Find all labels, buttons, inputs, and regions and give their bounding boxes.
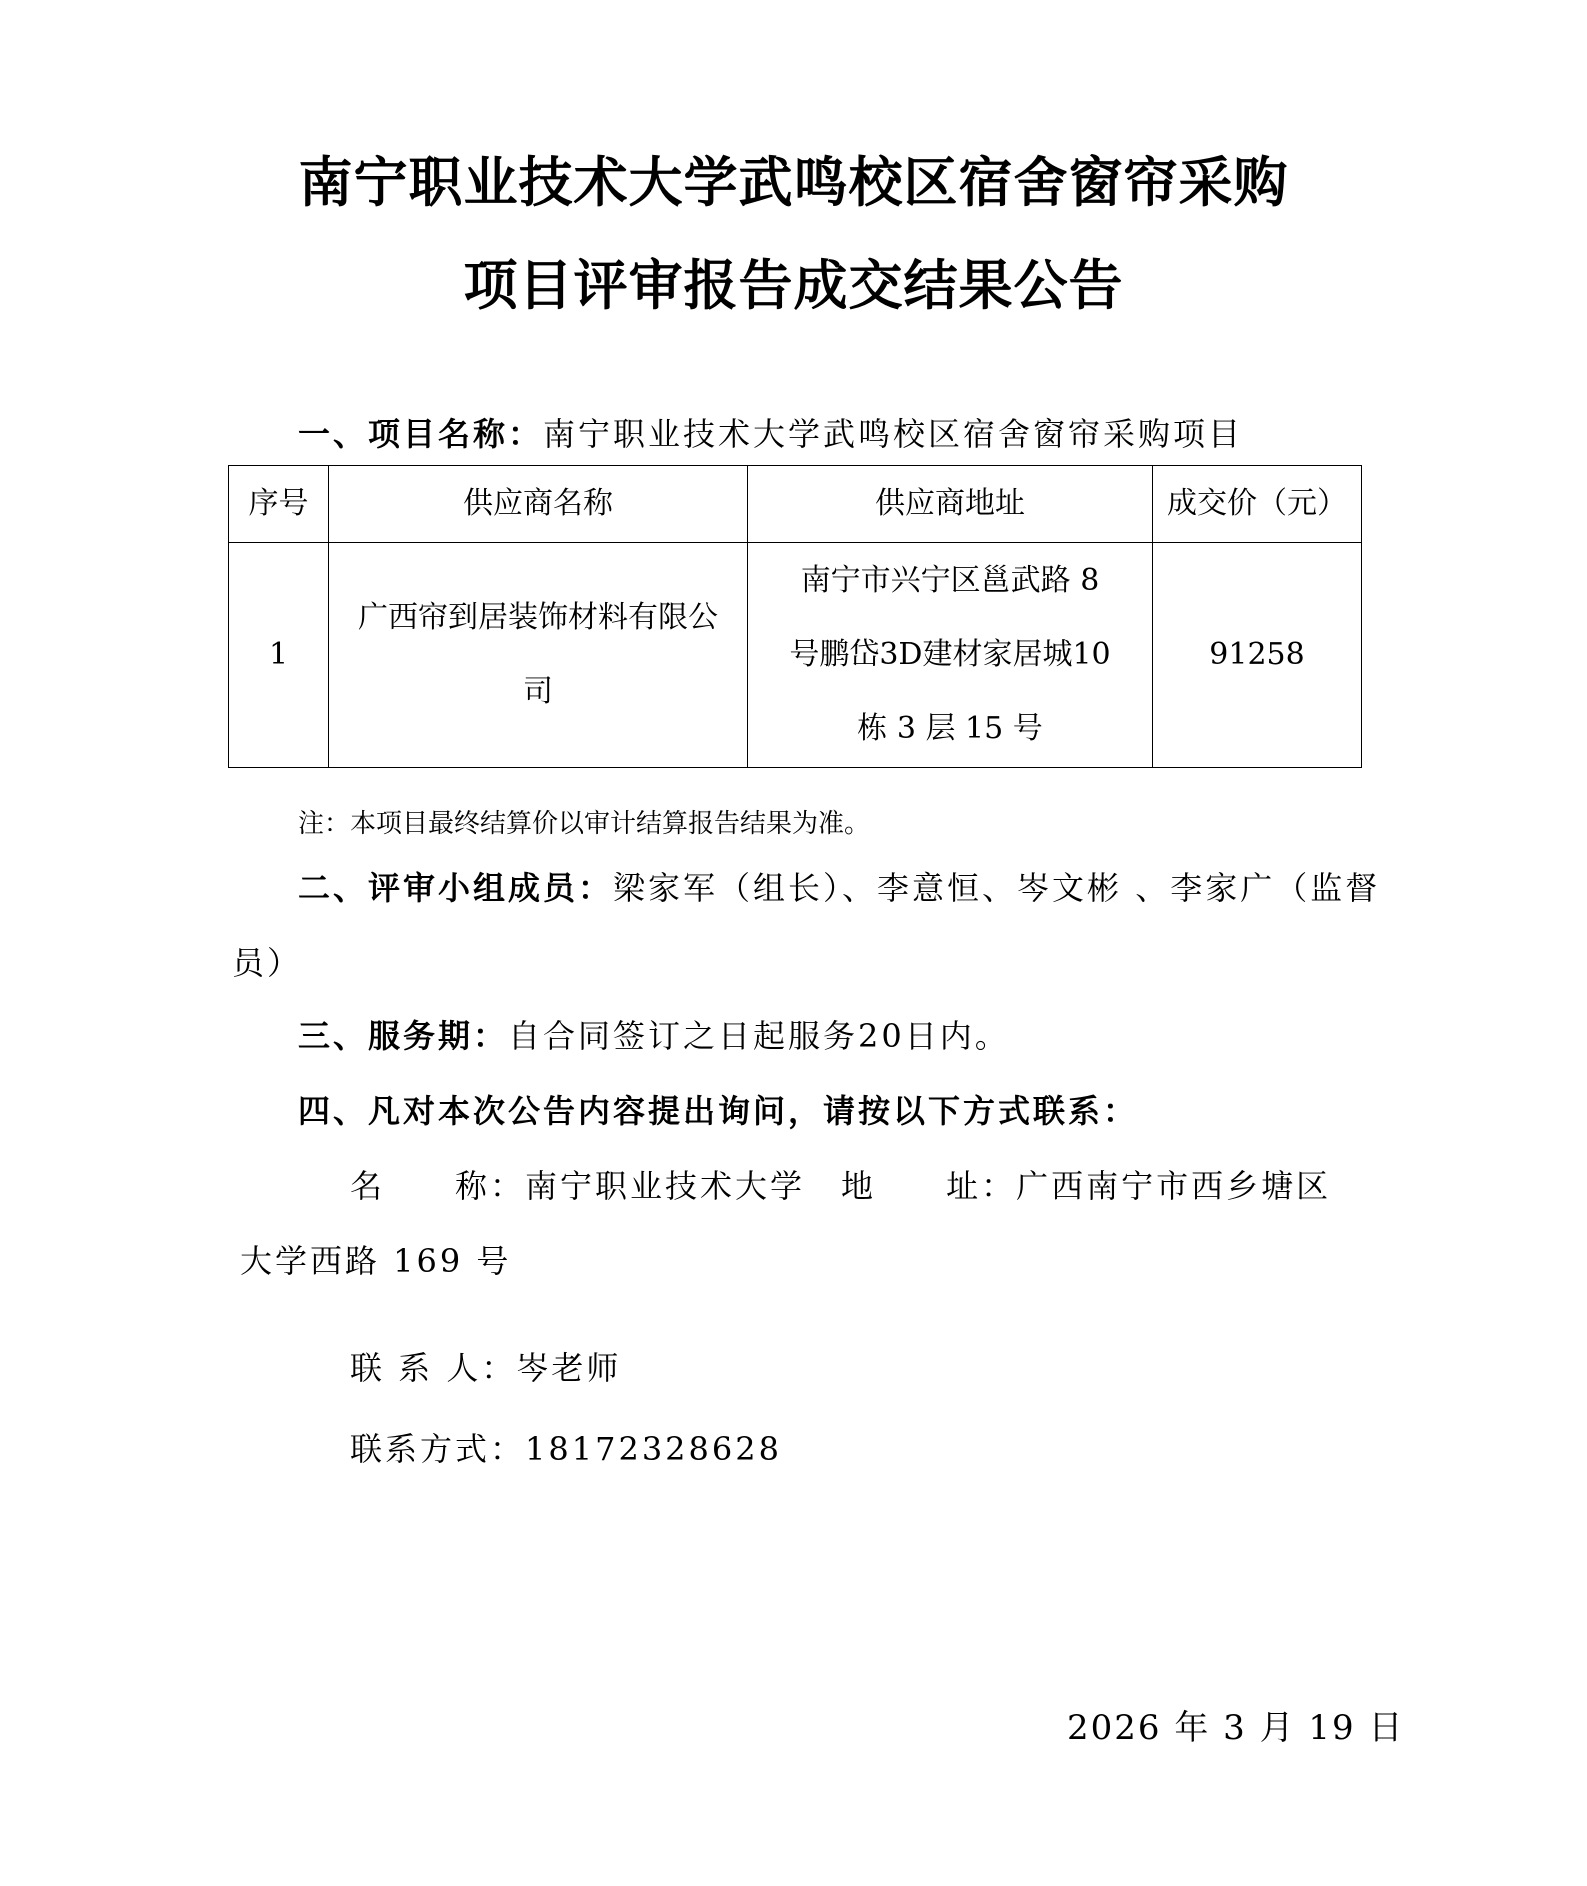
review-panel-members: 梁家军（组长）、李意恒、岑文彬 、李家广（监督 [613, 869, 1380, 907]
name-label-a: 名 [350, 1167, 385, 1205]
address-label-a: 地 [841, 1167, 876, 1205]
supplier-name-line-2: 司 [329, 655, 747, 729]
address-line-1: 南宁市兴宁区邕武路 8 [748, 544, 1152, 618]
address-line-3: 栋 3 层 15 号 [748, 692, 1152, 766]
settlement-note: 注：本项目最终结算价以审计结算报告结果为准。 [298, 803, 870, 840]
table-header-row: 序号 供应商名称 供应商地址 成交价（元） [229, 466, 1362, 543]
result-table: 序号 供应商名称 供应商地址 成交价（元） 1 广西帘到居装饰材料有限公 司 南… [228, 465, 1362, 768]
address-label-b: 址： [946, 1167, 1016, 1205]
name-label-b: 称： [455, 1167, 525, 1205]
section-project-name: 一、项目名称：南宁职业技术大学武鸣校区宿舍窗帘采购项目 [298, 418, 1243, 450]
contact-person-label: 联 系 人： [350, 1349, 516, 1387]
name-value: 南宁职业技术大学 [525, 1167, 805, 1205]
supplier-name-line-1: 广西帘到居装饰材料有限公 [329, 581, 747, 655]
announcement-date: 2026 年 3 月 19 日 [1067, 1700, 1404, 1749]
cell-price: 91258 [1153, 543, 1362, 768]
address-value: 广西南宁市西乡塘区 [1016, 1167, 1331, 1205]
address-line-2: 号鹏岱3D建材家居城10 [748, 618, 1152, 692]
header-price: 成交价（元） [1153, 466, 1362, 543]
contact-name-address: 名称：南宁职业技术大学地址：广西南宁市西乡塘区 [350, 1170, 1331, 1202]
section-1-label: 一、项目名称： [298, 415, 543, 453]
project-name-value: 南宁职业技术大学武鸣校区宿舍窗帘采购项目 [543, 415, 1243, 453]
contact-phone: 联系方式：18172328628 [350, 1433, 782, 1465]
review-panel-members-cont: 员） [232, 947, 302, 979]
contact-phone-value: 18172328628 [525, 1430, 782, 1468]
section-2-label: 二、评审小组成员： [298, 869, 613, 907]
cell-index: 1 [229, 543, 329, 768]
table-row: 1 广西帘到居装饰材料有限公 司 南宁市兴宁区邕武路 8 号鹏岱3D建材家居城1… [229, 543, 1362, 768]
header-supplier-name: 供应商名称 [329, 466, 748, 543]
section-service-period: 三、服务期：自合同签订之日起服务20日内。 [298, 1020, 1010, 1052]
section-review-panel: 二、评审小组成员：梁家军（组长）、李意恒、岑文彬 、李家广（监督 [298, 872, 1380, 904]
address-value-cont: 大学西路 169 号 [240, 1245, 511, 1277]
service-period-value: 自合同签订之日起服务20日内。 [508, 1017, 1010, 1055]
header-supplier-address: 供应商地址 [748, 466, 1153, 543]
title-line-2: 项目评审报告成交结果公告 [0, 258, 1587, 312]
contact-phone-label: 联系方式： [350, 1430, 525, 1468]
cell-supplier-address: 南宁市兴宁区邕武路 8 号鹏岱3D建材家居城10 栋 3 层 15 号 [748, 543, 1153, 768]
section-3-label: 三、服务期： [298, 1017, 508, 1055]
cell-supplier-name: 广西帘到居装饰材料有限公 司 [329, 543, 748, 768]
title-line-1: 南宁职业技术大学武鸣校区宿舍窗帘采购 [0, 155, 1587, 209]
section-contact-heading: 四、凡对本次公告内容提出询问，请按以下方式联系： [298, 1095, 1138, 1127]
contact-person-value: 岑老师 [516, 1349, 621, 1387]
header-index: 序号 [229, 466, 329, 543]
contact-person: 联 系 人：岑老师 [350, 1352, 621, 1384]
